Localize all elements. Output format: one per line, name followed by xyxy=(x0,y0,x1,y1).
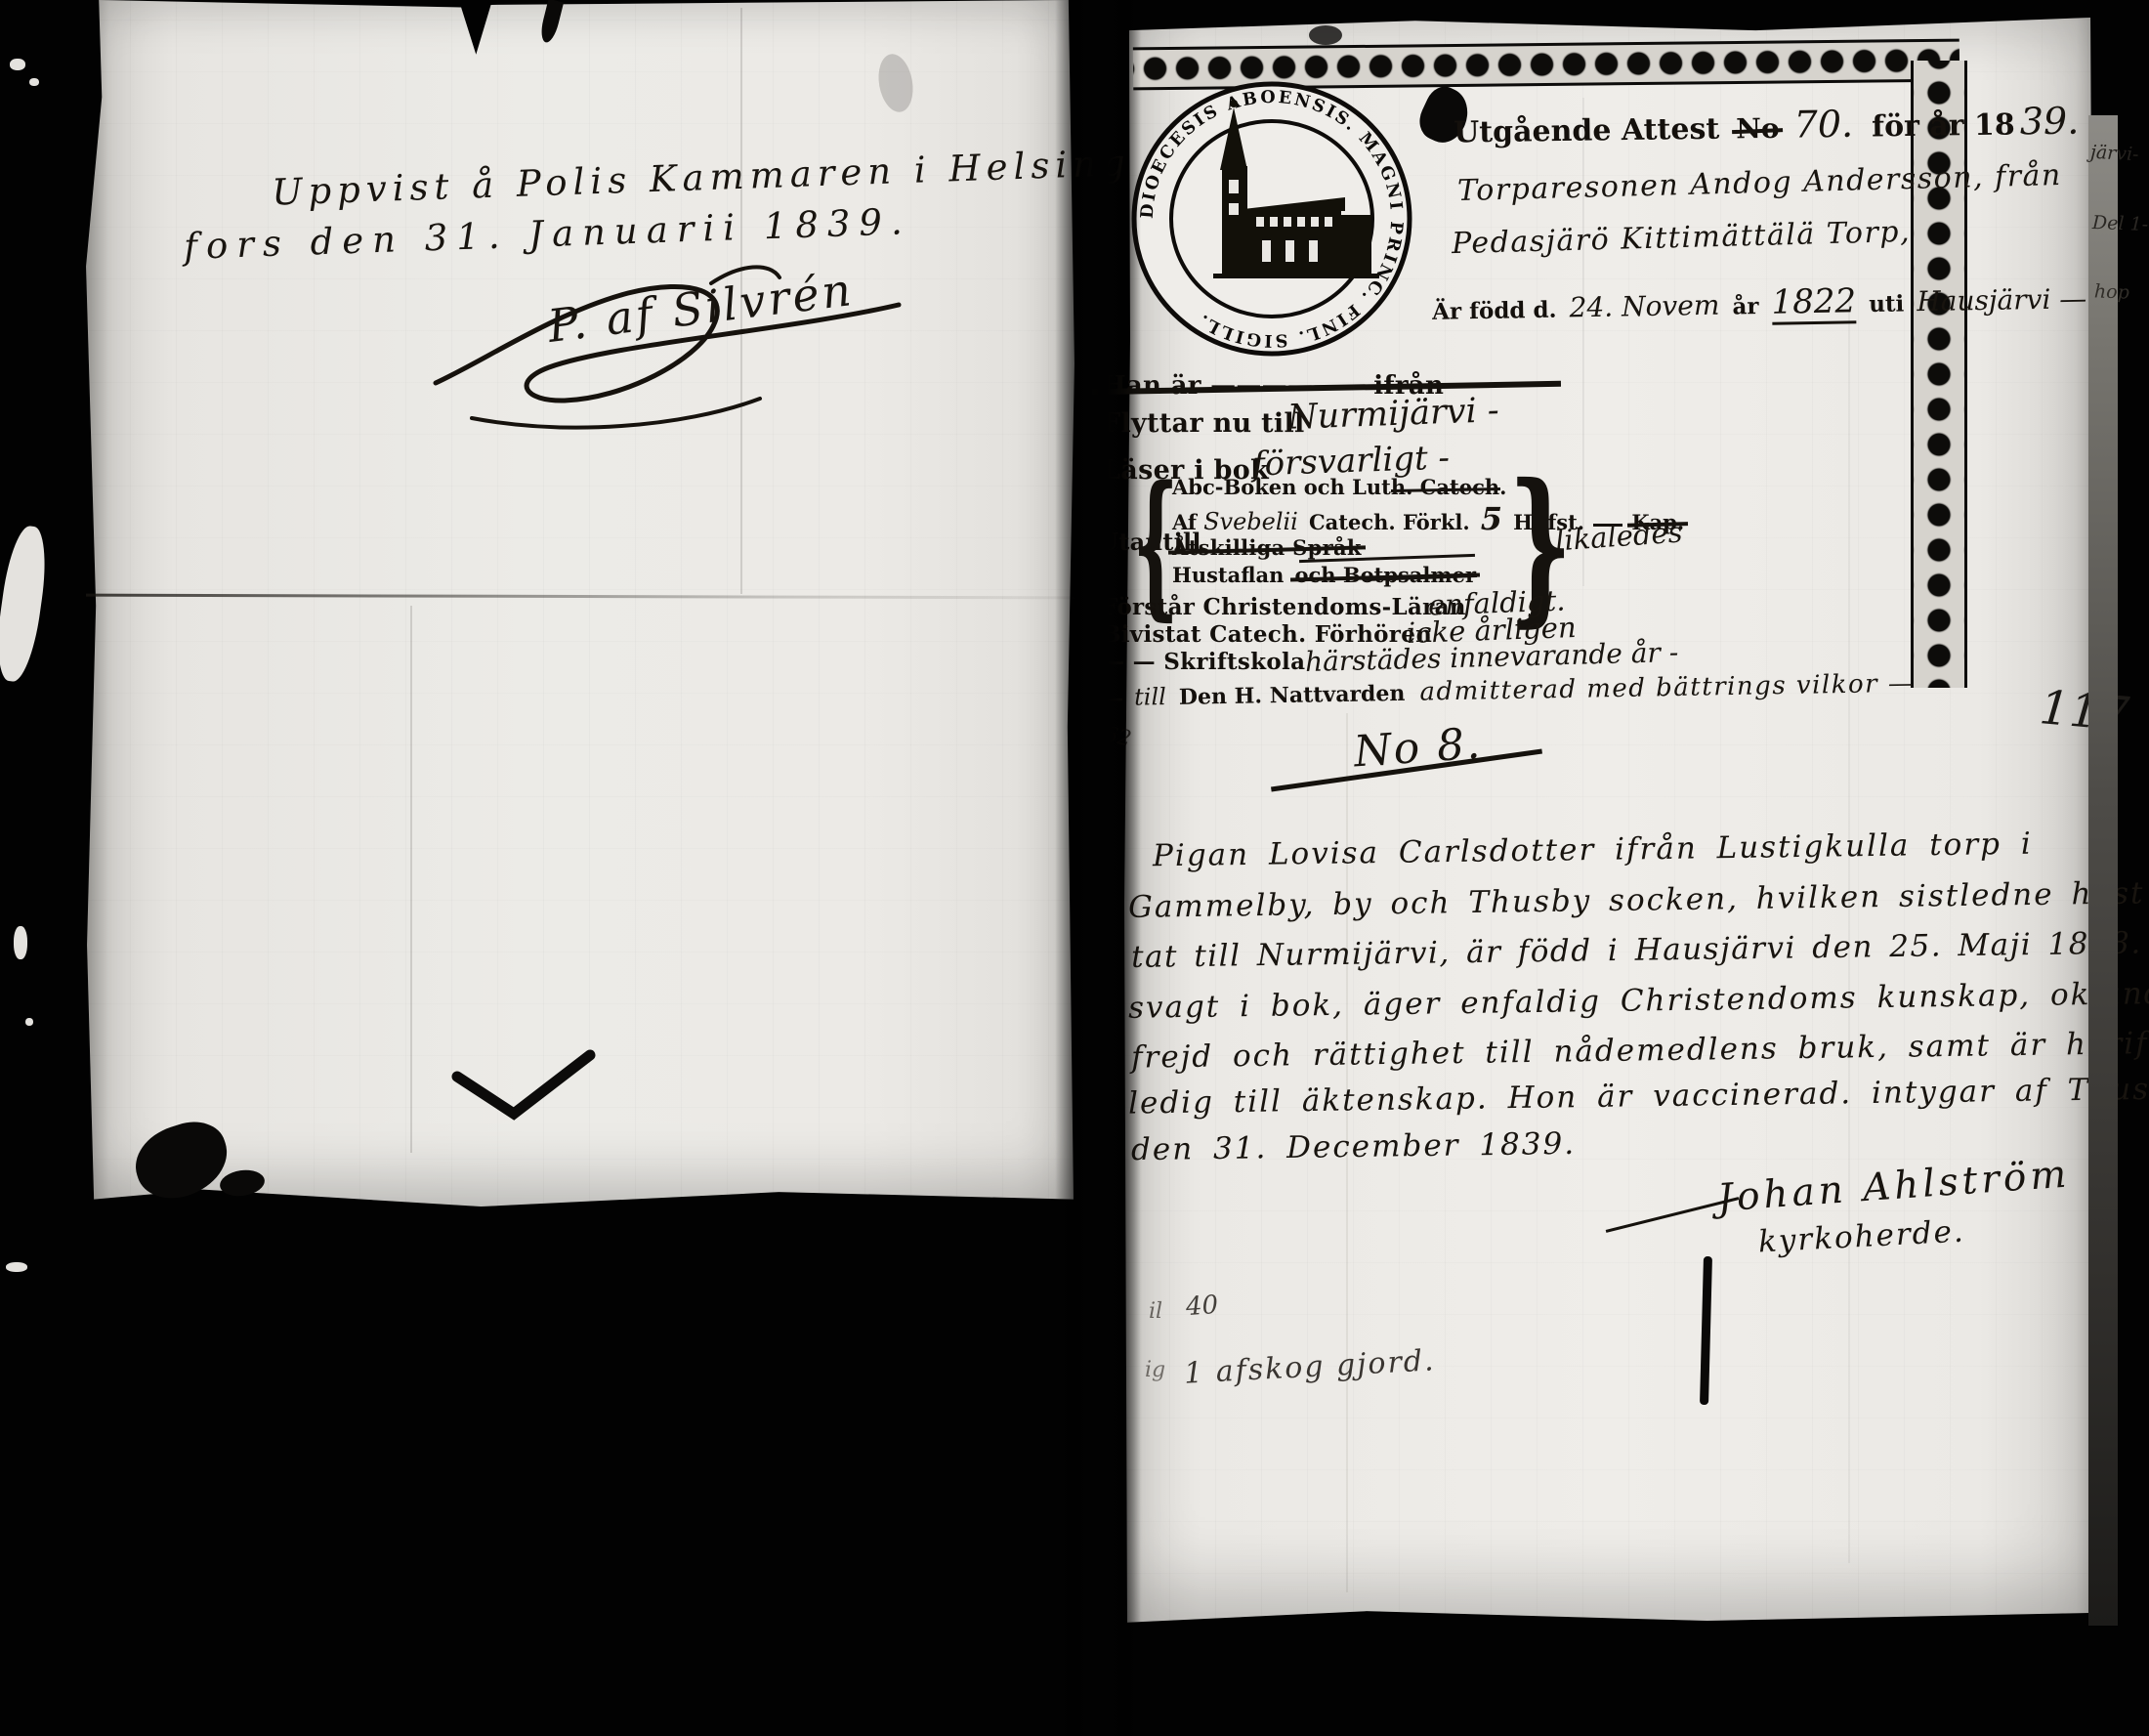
ink-blotch xyxy=(1309,25,1342,45)
born-year: 1822 xyxy=(1771,281,1856,325)
item4-label: Hustaflan xyxy=(1172,563,1284,587)
film-fleck xyxy=(10,59,25,70)
rosette-border-right xyxy=(1911,61,1967,688)
margin-note: 40 xyxy=(1185,1291,1219,1322)
item1-text: Abc-Boken och Luth. Catech. xyxy=(1172,475,1506,499)
nattvard-label: Den H. Nattvarden xyxy=(1179,681,1406,710)
utantill-item4: Hustaflan och Botpsalmer xyxy=(1172,563,1476,587)
film-edge-strip xyxy=(2088,115,2118,1626)
attest-no-value: 70. xyxy=(1793,103,1853,147)
film-fleck xyxy=(29,78,39,86)
film-fleck xyxy=(14,926,27,959)
attest-year-value: 39. xyxy=(2020,100,2080,144)
edge-note: hop xyxy=(2094,280,2130,303)
attest-header-printed: Utgående Attest xyxy=(1454,112,1720,150)
item2-hand: Svebelii xyxy=(1203,508,1298,535)
attest-header: Utgående Attest No 70. för år 18 39. xyxy=(1454,100,2080,151)
film-fleck xyxy=(25,1018,33,1026)
margin-fragment: il xyxy=(1149,1299,1162,1324)
attest-year-printed: för år 18 xyxy=(1872,107,2015,144)
item2-num: 5 xyxy=(1481,500,1502,537)
pen-mark xyxy=(451,1043,598,1131)
film-fleck xyxy=(0,524,52,684)
diocese-seal: DIOECESIS ABOENSIS. MAGNI PRINC. FINL. S… xyxy=(1125,72,1418,365)
utantill-item3: Åtskilliga Språk xyxy=(1172,535,1362,560)
born-uti: uti xyxy=(1869,290,1905,318)
item2-af: Af xyxy=(1172,510,1197,534)
entry-body-line: den 31. December 1839. xyxy=(1131,1126,1577,1167)
skriftskola-label: — — Skriftskola xyxy=(1102,649,1305,675)
born-ar: år xyxy=(1732,293,1758,319)
utantill-item1: Abc-Boken och Luth. Catech. xyxy=(1172,475,1506,499)
born-place: Hausjärvi — xyxy=(1917,282,2087,318)
nattvard-hand: till xyxy=(1134,683,1166,711)
page-crease xyxy=(1848,293,1850,1563)
nattvard-prefix: — xyxy=(1102,686,1123,711)
flyttar-value: Nurmijärvi - xyxy=(1286,391,1499,438)
page-crease xyxy=(410,606,412,1153)
item2-mid: Catech. Förkl. xyxy=(1309,510,1470,534)
flyttar-label: Flyttar nu till xyxy=(1102,408,1305,439)
film-fleck xyxy=(6,1262,27,1272)
attest-no-label: No xyxy=(1736,112,1780,146)
born-label: Är född d. xyxy=(1432,297,1557,325)
born-date: 24. Novem xyxy=(1569,289,1719,324)
page-crease xyxy=(1582,98,1584,586)
page-crease xyxy=(1346,713,1348,1592)
margin-scribble: 62 xyxy=(1102,722,1134,751)
archival-scan: Uppvist å Polis Kammaren i Helsing- fors… xyxy=(0,0,2149,1736)
margin-fragment: ig xyxy=(1145,1358,1165,1382)
edge-note: Del 1- xyxy=(2092,212,2149,235)
edge-note: järvi- xyxy=(2089,142,2139,166)
